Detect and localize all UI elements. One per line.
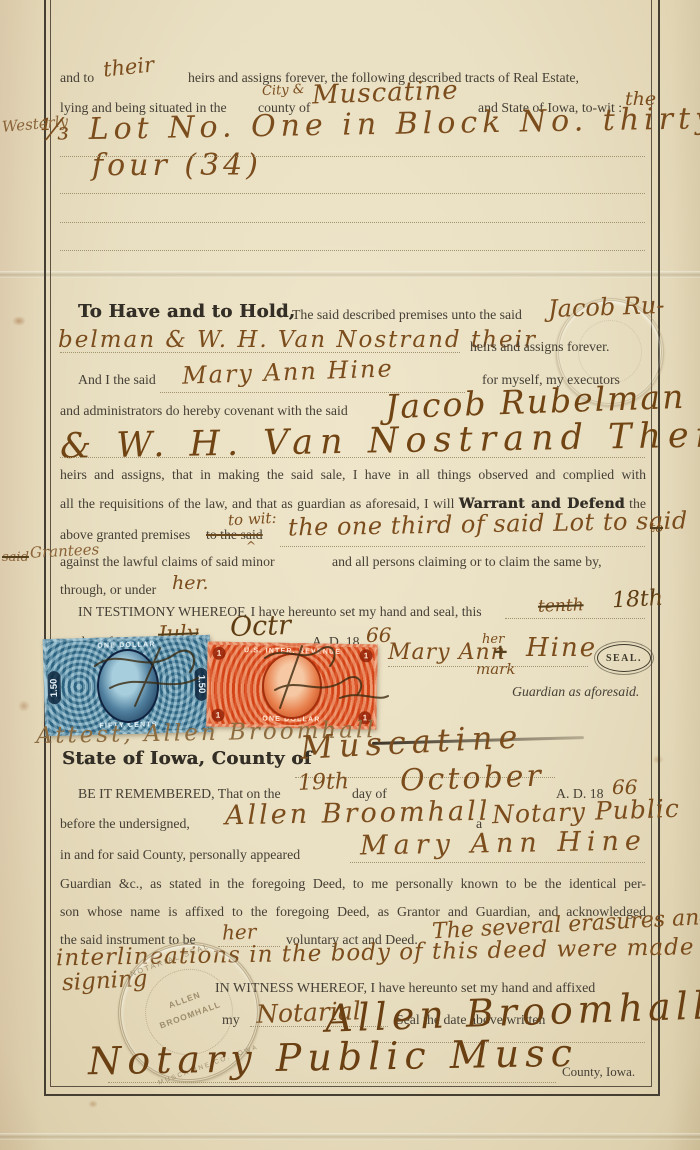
- printed-text: County, Iowa.: [562, 1064, 635, 1080]
- printed-text: in and for said County, personally appea…: [60, 847, 300, 863]
- handwritten-appearer-name: Mary Ann Hine: [360, 827, 647, 859]
- printed-text: The said described premises unto the sai…: [292, 307, 522, 323]
- stamp-denomination: 1: [212, 647, 225, 660]
- handwritten-month: Octr: [230, 612, 292, 641]
- handwritten-year: 66: [612, 777, 637, 797]
- stamp-denomination: 1.50: [47, 671, 61, 704]
- habendum-heading: To Have and to Hold,: [78, 301, 295, 322]
- printed-text: and to: [60, 70, 94, 86]
- handwritten-county: Muscatine: [312, 77, 459, 108]
- stamp-denomination: 1: [359, 649, 372, 662]
- state-county-heading: State of Iowa, County of: [62, 748, 312, 769]
- handwritten-insertion-city: City &: [262, 83, 305, 98]
- struck-handwritten-day: tenth: [538, 597, 584, 616]
- handwritten-property-description: four (34): [92, 151, 262, 181]
- grantor-signature-last: Hine: [526, 635, 597, 661]
- handwritten-grantee: belman & W. H. Van Nostrand their: [58, 329, 537, 352]
- notary-title-handwritten: Notary Public Musc: [88, 1034, 579, 1081]
- printed-line: Guardian &c., as stated in the foregoing…: [60, 876, 646, 892]
- margin-struck-said: said: [2, 551, 29, 564]
- stamp-portrait-oval: [96, 648, 160, 724]
- stamp-denomination: 1.50: [194, 667, 208, 700]
- handwritten-insertion: to wit:: [228, 511, 277, 529]
- printed-text: And I the said: [78, 372, 156, 388]
- revenue-stamp-orange: U.S. INTER. REVENUE ONE DOLLAR 1 1 1 1: [206, 642, 377, 730]
- printed-seal-badge: SEAL.: [597, 644, 651, 672]
- printed-text: before the undersigned,: [60, 816, 190, 832]
- mark-label: mark: [476, 662, 515, 677]
- printed-line: heirs and assigns, that in making the sa…: [60, 467, 646, 483]
- her-mark-cross: +: [492, 641, 509, 661]
- foxing-spot: [18, 700, 30, 712]
- handwritten-notary-title: Notary Public: [492, 796, 681, 828]
- printed-text: against the lawful claims of said minor: [60, 554, 275, 570]
- printed-text: and all persons claiming or to claim the…: [332, 554, 602, 570]
- guardian-caption: Guardian as aforesaid.: [512, 684, 639, 700]
- struck-handwritten-text: to: [650, 522, 663, 535]
- printed-text: heirs and assigns forever.: [470, 339, 609, 355]
- handwritten-their: their: [102, 54, 155, 80]
- handwritten-grantee: Jacob Ru-: [548, 293, 665, 321]
- handwritten-her: her.: [172, 574, 209, 593]
- foxing-spot: [12, 316, 26, 326]
- fold-crease: [0, 1133, 700, 1140]
- deed-document-page: and to their heirs and assigns forever, …: [0, 0, 700, 1150]
- handwritten-day: 18th: [611, 588, 663, 613]
- handwritten-amendment: the one third of said Lot to said: [288, 509, 688, 540]
- insertion-caret: ^: [246, 540, 256, 552]
- stamp-portrait-oval: [261, 652, 322, 719]
- handwritten-month: October: [400, 761, 545, 796]
- foxing-spot: [88, 1100, 98, 1108]
- handwritten-day: 19th: [298, 771, 350, 795]
- handwritten-notary-name: Allen Broomhall: [225, 798, 491, 830]
- handwritten-grantor-name: Mary Ann Hine: [182, 356, 394, 387]
- printed-text: through, or under: [60, 582, 156, 598]
- printed-text: and administrators do hereby covenant wi…: [60, 403, 348, 419]
